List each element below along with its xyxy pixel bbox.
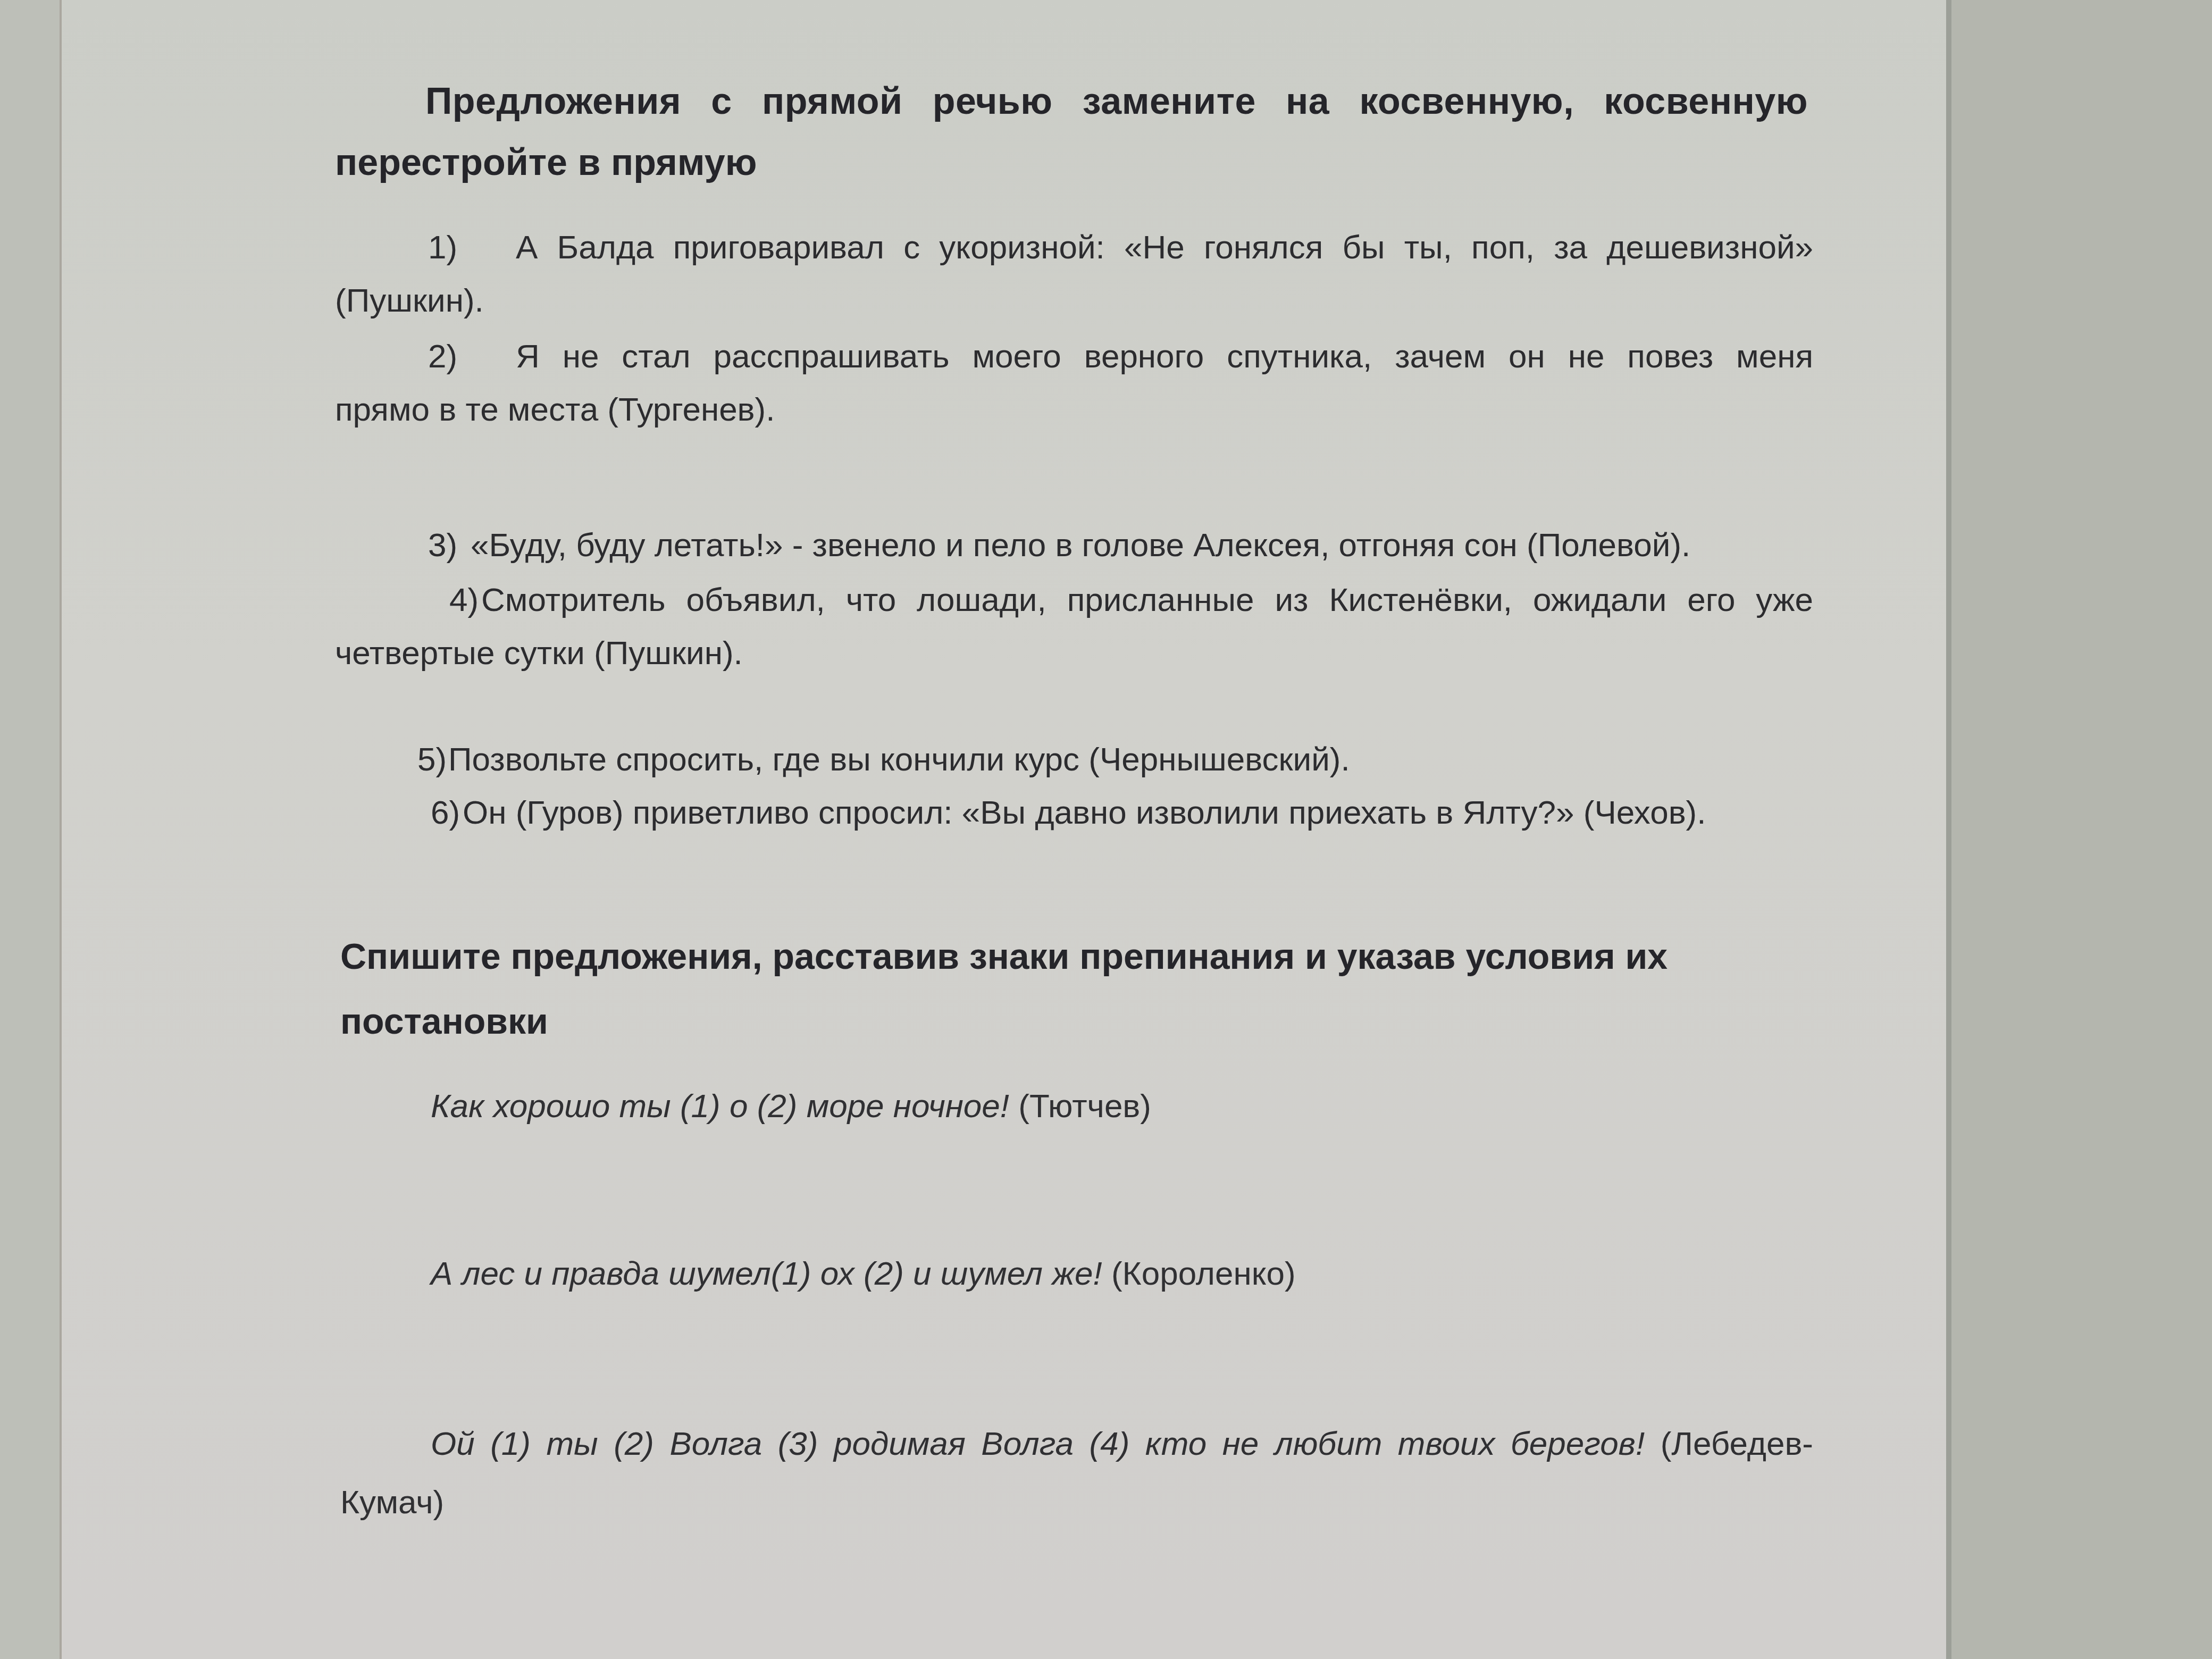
sentence-line1: Ой (1) ты (2) Волга (3) родимая Волга (4… xyxy=(431,1425,1813,1463)
item-text-line1: «Буду, буду летать!» - звенело и пело в … xyxy=(471,526,1690,564)
sentence-author-line2: Кумач) xyxy=(340,1484,444,1521)
item-number: 3) xyxy=(428,526,457,564)
item-text-line1: Он (Гуров) приветливо спросил: «Вы давно… xyxy=(463,794,1706,832)
item-number: 2) xyxy=(428,338,457,375)
right-window-area xyxy=(1946,0,2212,1659)
item-number: 1) xyxy=(428,229,457,266)
item-number: 6) xyxy=(431,794,460,832)
item-text-line2: прямо в те места (Тургенев). xyxy=(335,391,775,429)
left-window-edge xyxy=(0,0,62,1659)
sentence-author: (Короленко) xyxy=(1102,1255,1296,1292)
sentence-text: Ой (1) ты (2) Волга (3) родимая Волга (4… xyxy=(431,1426,1645,1462)
section1-heading-line2: перестройте в прямую xyxy=(335,141,757,183)
item-number: 5) xyxy=(417,741,447,778)
section2-heading-line2: постановки xyxy=(340,1001,548,1042)
monitor-screen: Предложения с прямой речью замените на к… xyxy=(0,0,2212,1659)
punctuation-sentence-1: Как хорошо ты (1) о (2) море ночное! (Тю… xyxy=(431,1087,1151,1125)
item-text-line1: Я не стал расспрашивать моего верного сп… xyxy=(516,338,1813,375)
section2-heading-line1: Спишите предложения, расставив знаки пре… xyxy=(340,936,1668,977)
sentence-author: (Лебедев- xyxy=(1645,1426,1813,1462)
item-text-line1: Позвольте спросить, где вы кончили курс … xyxy=(448,741,1350,778)
item-text-line2: (Пушкин). xyxy=(335,282,484,320)
item-text-line1: А Балда приговаривал с укоризной: «Не го… xyxy=(516,229,1813,266)
sentence-author: (Тютчев) xyxy=(1009,1088,1151,1125)
sentence-text: Как хорошо ты (1) о (2) море ночное! xyxy=(431,1088,1009,1125)
punctuation-sentence-2: А лес и правда шумел(1) ох (2) и шумел ж… xyxy=(431,1255,1296,1293)
item-text-line2: четвертые сутки (Пушкин). xyxy=(335,634,743,672)
sentence-text: А лес и правда шумел(1) ох (2) и шумел ж… xyxy=(431,1255,1102,1292)
item-number: 4) xyxy=(449,581,479,619)
section1-heading-line1: Предложения с прямой речью замените на к… xyxy=(425,80,1808,122)
item-text-line1: Смотритель объявил, что лошади, присланн… xyxy=(481,581,1813,619)
